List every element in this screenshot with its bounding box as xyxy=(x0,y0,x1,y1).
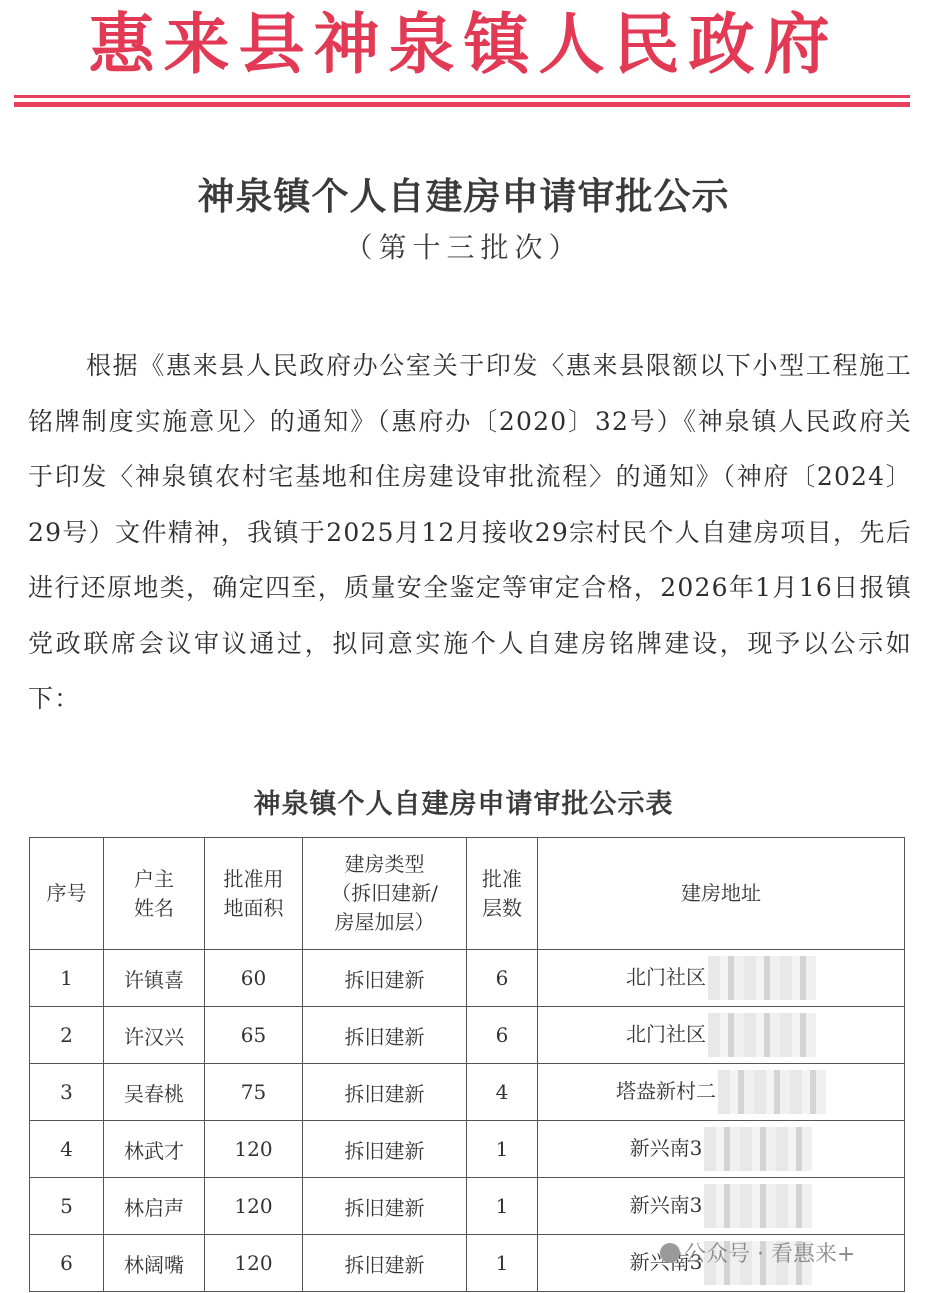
cell-address: 塔盎新村二 xyxy=(538,1064,905,1121)
cell-floors: 6 xyxy=(467,1007,538,1064)
approval-table: 序号 户主 姓名 批准用 地面积 建房类型 （拆旧建新/ 房屋加层） 批准 层数… xyxy=(29,837,905,1292)
redacted-blur xyxy=(704,1127,812,1171)
cell-name: 许汉兴 xyxy=(104,1007,205,1064)
cell-no: 3 xyxy=(30,1064,104,1121)
redacted-blur xyxy=(708,1013,816,1057)
watermark-text: 公众号 · 看惠来+ xyxy=(684,1237,855,1268)
header-floors-line1: 批准 xyxy=(467,865,537,894)
document-body: 根据《惠来县人民政府办公室关于印发〈惠来县限额以下小型工程施工铭牌制度实施意见〉… xyxy=(28,338,912,727)
header-floors: 批准 层数 xyxy=(467,838,538,950)
table-title: 神泉镇个人自建房申请审批公示表 xyxy=(0,782,927,821)
address-text: 北门社区 xyxy=(626,961,706,990)
cell-name: 许镇喜 xyxy=(104,950,205,1007)
redacted-blur xyxy=(718,1070,826,1114)
cell-address: 北门社区 xyxy=(538,1007,905,1064)
cell-floors: 1 xyxy=(467,1121,538,1178)
cell-no: 5 xyxy=(30,1178,104,1235)
header-area-line1: 批准用 xyxy=(205,865,302,894)
cell-floors: 4 xyxy=(467,1064,538,1121)
cell-name: 林启声 xyxy=(104,1178,205,1235)
cell-type: 拆旧建新 xyxy=(303,1007,467,1064)
cell-type: 拆旧建新 xyxy=(303,1121,467,1178)
header-type-line2: （拆旧建新/ xyxy=(303,879,466,908)
header-address-label: 建房地址 xyxy=(681,881,761,905)
watermark: 公众号 · 看惠来+ xyxy=(660,1237,855,1268)
redacted-blur xyxy=(708,956,816,1000)
table-row: 3 吴春桃 75 拆旧建新 4 塔盎新村二 xyxy=(30,1064,905,1121)
masthead-rule-thick xyxy=(14,102,910,107)
cell-no: 2 xyxy=(30,1007,104,1064)
cell-type: 拆旧建新 xyxy=(303,1235,467,1292)
table-row: 4 林武才 120 拆旧建新 1 新兴南3 xyxy=(30,1121,905,1178)
header-area-line2: 地面积 xyxy=(205,894,302,923)
cell-address: 新兴南3 xyxy=(538,1121,905,1178)
cell-name: 吴春桃 xyxy=(104,1064,205,1121)
header-type-line3: 房屋加层） xyxy=(303,908,466,937)
header-floors-line2: 层数 xyxy=(467,894,537,923)
cell-area: 120 xyxy=(205,1235,303,1292)
cell-no: 4 xyxy=(30,1121,104,1178)
redacted-blur xyxy=(704,1184,812,1228)
masthead-rule-thin xyxy=(14,95,910,98)
cell-name: 林武才 xyxy=(104,1121,205,1178)
cell-type: 拆旧建新 xyxy=(303,950,467,1007)
cell-no: 6 xyxy=(30,1235,104,1292)
cell-type: 拆旧建新 xyxy=(303,1178,467,1235)
wechat-icon xyxy=(660,1243,680,1263)
table-row: 2 许汉兴 65 拆旧建新 6 北门社区 xyxy=(30,1007,905,1064)
cell-area: 120 xyxy=(205,1178,303,1235)
cell-floors: 1 xyxy=(467,1235,538,1292)
header-type-line1: 建房类型 xyxy=(303,850,466,879)
header-name: 户主 姓名 xyxy=(104,838,205,950)
cell-area: 60 xyxy=(205,950,303,1007)
table-row: 1 许镇喜 60 拆旧建新 6 北门社区 xyxy=(30,950,905,1007)
document-title: 神泉镇个人自建房申请审批公示 xyxy=(0,166,927,220)
table-row: 5 林启声 120 拆旧建新 1 新兴南3 xyxy=(30,1178,905,1235)
header-address: 建房地址 xyxy=(538,838,905,950)
address-text: 新兴南3 xyxy=(630,1132,703,1161)
address-text: 塔盎新村二 xyxy=(616,1075,716,1104)
cell-area: 65 xyxy=(205,1007,303,1064)
header-area: 批准用 地面积 xyxy=(205,838,303,950)
cell-floors: 6 xyxy=(467,950,538,1007)
cell-area: 75 xyxy=(205,1064,303,1121)
header-no-label: 序号 xyxy=(47,881,87,905)
header-no: 序号 xyxy=(30,838,104,950)
document-subtitle: （第十三批次） xyxy=(0,226,927,266)
header-name-line2: 姓名 xyxy=(104,894,204,923)
header-name-line1: 户主 xyxy=(104,865,204,894)
cell-area: 120 xyxy=(205,1121,303,1178)
cell-name: 林阔嘴 xyxy=(104,1235,205,1292)
cell-floors: 1 xyxy=(467,1178,538,1235)
table-header-row: 序号 户主 姓名 批准用 地面积 建房类型 （拆旧建新/ 房屋加层） 批准 层数… xyxy=(30,838,905,950)
cell-address: 北门社区 xyxy=(538,950,905,1007)
masthead-title: 惠来县神泉镇人民政府 xyxy=(0,4,927,84)
address-text: 北门社区 xyxy=(626,1018,706,1047)
cell-type: 拆旧建新 xyxy=(303,1064,467,1121)
address-text: 新兴南3 xyxy=(630,1189,703,1218)
header-type: 建房类型 （拆旧建新/ 房屋加层） xyxy=(303,838,467,950)
cell-address: 新兴南3 xyxy=(538,1178,905,1235)
cell-no: 1 xyxy=(30,950,104,1007)
